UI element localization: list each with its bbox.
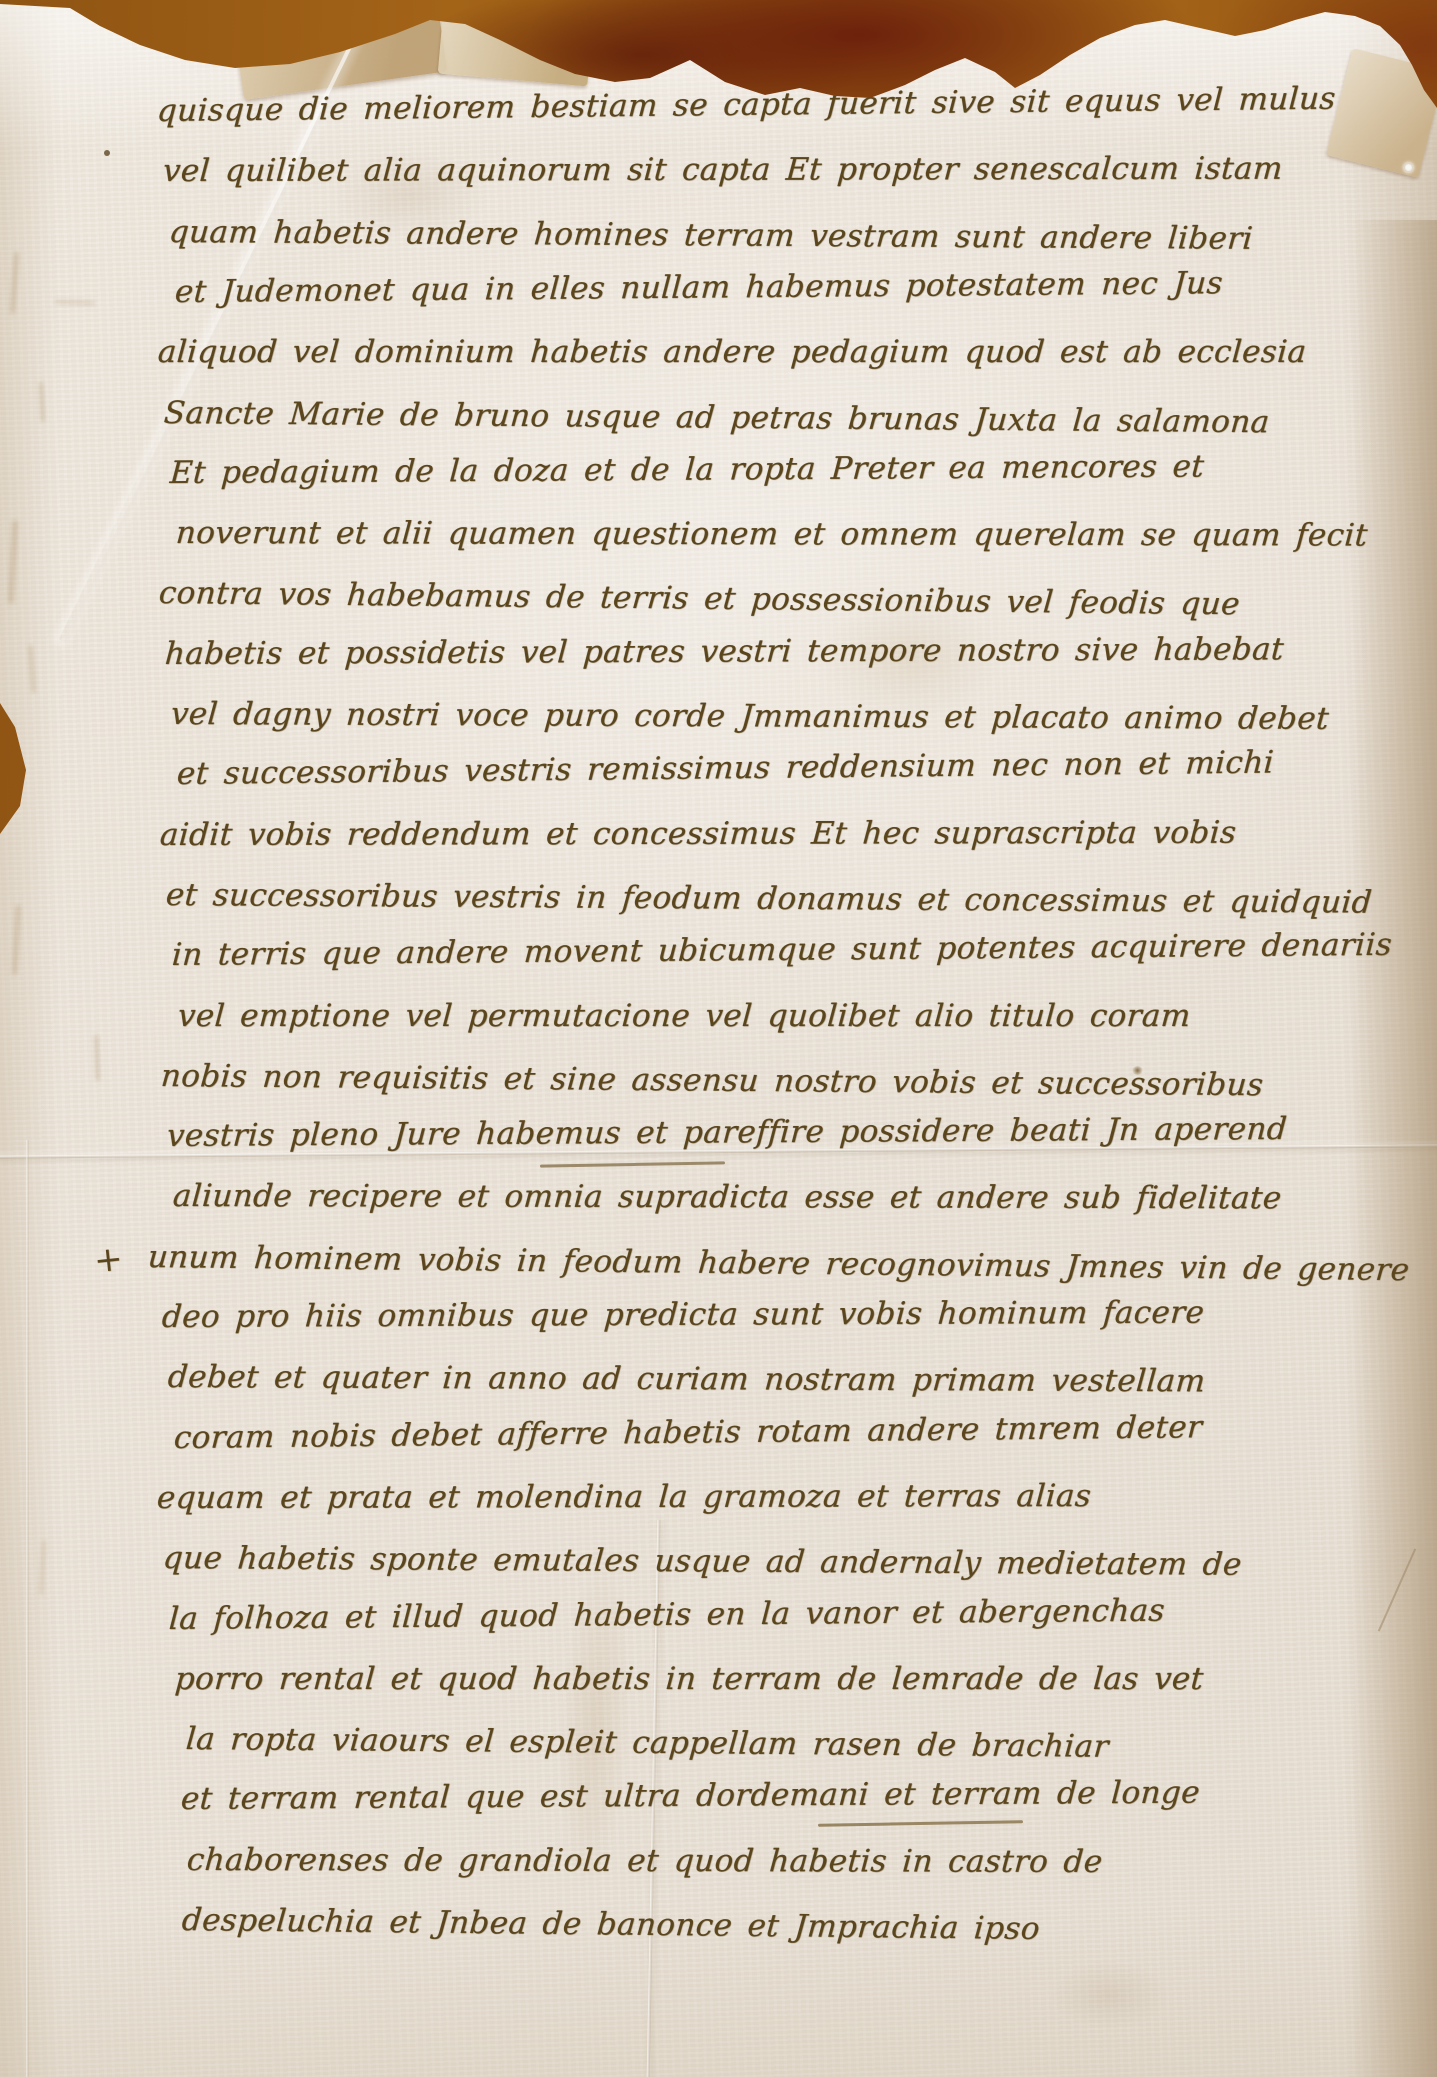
manuscript-line: habetis et possidetis vel patres vestri …: [163, 626, 1285, 677]
manuscript-page: quisque die meliorem bestiam se capta fu…: [0, 0, 1437, 2077]
manuscript-photo: quisque die meliorem bestiam se capta fu…: [0, 0, 1437, 2077]
manuscript-line: la folhoza et illud quod habetis en la v…: [168, 1587, 1167, 1641]
manuscript-line: et successoribus vestris remissimus redd…: [176, 740, 1276, 798]
manuscript-line: contra vos habebamus de terris et posses…: [157, 570, 1242, 627]
manuscript-line: et Judemonet qua in elles nullam habemus…: [174, 260, 1225, 315]
manuscript-line: noverunt et alii quamen questionem et om…: [174, 510, 1369, 558]
manuscript-line: que habetis sponte emutales usque ad and…: [161, 1535, 1243, 1588]
manuscript-line: la ropta viaours el espleit cappellam ra…: [184, 1716, 1110, 1770]
manuscript-line: in terris que andere movent ubicumque su…: [171, 922, 1394, 978]
manuscript-line: vel quilibet alia aquinorum sit capta Et…: [161, 146, 1284, 194]
manuscript-line: equam et prata et molendina la gramoza e…: [155, 1473, 1092, 1521]
manuscript-line: debet et quater in anno ad curiam nostra…: [166, 1354, 1207, 1404]
manuscript-line: aliquod vel dominium habetis andere peda…: [156, 329, 1308, 375]
manuscript-line: unum hominem vobis in feodum habere reco…: [146, 1234, 1411, 1293]
manuscript-line: Et pedagium de la doza et de la ropta Pr…: [169, 443, 1206, 496]
white-speck: [1404, 163, 1413, 172]
manuscript-line: vel emptione vel permutacione vel quolib…: [176, 993, 1192, 1039]
manuscript-line: et terram rental que est ultra dordemani…: [180, 1770, 1202, 1822]
manuscript-line: et successoribus vestris in feodum donam…: [164, 872, 1374, 926]
ink-spot: [1132, 1066, 1143, 1075]
manuscript-line: Sancte Marie de bruno usque ad petras br…: [162, 390, 1271, 445]
manuscript-line: despeluchia et Jnbea de banonce et Jmpra…: [180, 1897, 1042, 1952]
ink-speck: [104, 150, 110, 156]
manuscript-line: aidit vobis reddendum et concessimus Et …: [158, 809, 1237, 857]
margin-cross-mark: +: [92, 1239, 125, 1282]
manuscript-line: chaborenses de grandiola et quod habetis…: [185, 1837, 1104, 1885]
manuscript-line: quam habetis andere homines terram vestr…: [167, 209, 1254, 262]
manuscript-line: deo pro hiis omnibus que predicta sunt v…: [160, 1290, 1205, 1340]
manuscript-line: nobis non requisitis et sine assensu nos…: [159, 1053, 1265, 1108]
manuscript-line: porro rental et quod habetis in terram d…: [173, 1656, 1205, 1702]
manuscript-line: vestris pleno Jure habemus et pareffire …: [166, 1106, 1289, 1159]
manuscript-line: vel dagny nostri voce puro corde Jmmanim…: [169, 691, 1330, 742]
manuscript-line: aliunde recipere et omnia supradicta ess…: [171, 1173, 1283, 1221]
text-lines: quisque die meliorem bestiam se capta fu…: [0, 0, 1437, 2077]
manuscript-line: coram nobis debet afferre habetis rotam …: [173, 1404, 1204, 1461]
